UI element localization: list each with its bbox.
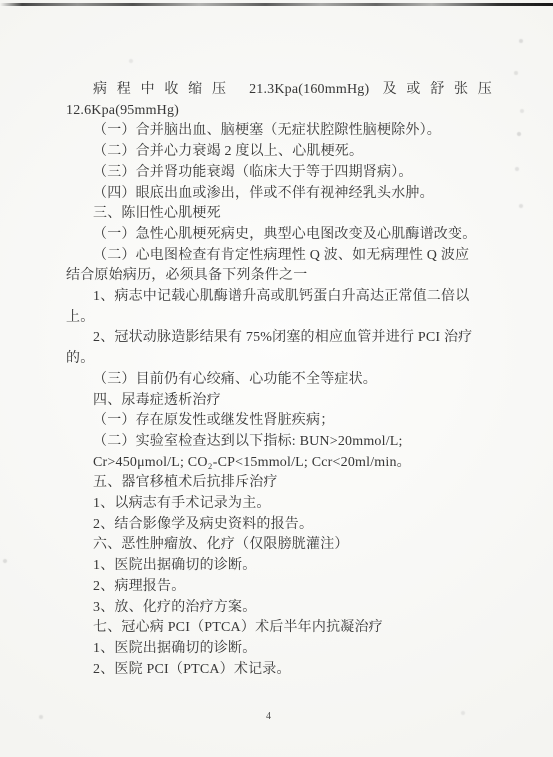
text-line: 2、病理报告。	[66, 577, 492, 598]
text-line: （二）合并心力衰竭 2 度以上、心肌梗死。	[66, 142, 492, 163]
text-line: （三）目前仍有心绞痛、心功能不全等症状。	[66, 370, 492, 391]
text-line: 2、医院 PCI（PTCA）术记录。	[66, 660, 492, 681]
text-line: （一）合并脑出血、脑梗塞（无症状腔隙性脑梗除外）。	[66, 121, 492, 142]
scanned-document-page: 病程中收缩压 21.3Kpa(160mmHg) 及或舒张压 12.6Kpa(95…	[0, 0, 553, 757]
text-line: 2、冠状动脉造影结果有 75%闭塞的相应血管并进行 PCI 治疗	[66, 328, 492, 349]
text-line: 2、结合影像学及病史资料的报告。	[66, 515, 492, 536]
text-line: 3、放、化疗的治疗方案。	[66, 598, 492, 619]
section-heading: 六、恶性肿瘤放、化疗（仅限膀胱灌注）	[66, 535, 492, 556]
text-line: 的。	[66, 349, 492, 370]
text-line: 12.6Kpa(95mmHg)	[66, 101, 492, 122]
text-line: （四）眼底出血或渗出，伴或不伴有视神经乳头水肿。	[66, 184, 492, 205]
text-line: （一）急性心肌梗死病史，典型心电图改变及心肌酶谱改变。	[66, 225, 492, 246]
section-heading: 四、尿毒症透析治疗	[66, 391, 492, 412]
text-line: 1、以病志有手术记录为主。	[66, 494, 492, 515]
text-line: 结合原始病历，必须具备下列条件之一	[66, 266, 492, 287]
text-line: 1、医院出据确切的诊断。	[66, 556, 492, 577]
text-line: 1、医院出据确切的诊断。	[66, 639, 492, 660]
page-number: 4	[0, 711, 537, 722]
scan-speckles	[0, 0, 2, 2]
document-body-text: 病程中收缩压 21.3Kpa(160mmHg) 及或舒张压 12.6Kpa(95…	[66, 80, 492, 680]
section-heading: 三、陈旧性心肌梗死	[66, 204, 492, 225]
text-line: Cr>450μmol/L; CO₂-CP<15mmol/L; Ccr<20ml/…	[66, 453, 492, 474]
scan-edge-line	[0, 3, 553, 6]
text-line: 病程中收缩压 21.3Kpa(160mmHg) 及或舒张压	[66, 80, 492, 101]
text-line: 1、病志中记载心肌酶谱升高或肌钙蛋白升高达正常值二倍以	[66, 287, 492, 308]
section-heading: 五、器官移植术后抗排斥治疗	[66, 473, 492, 494]
text-line: （二）心电图检查有肯定性病理性 Q 波、如无病理性 Q 波应	[66, 246, 492, 267]
text-line: （二）实验室检查达到以下指标: BUN>20mmol/L;	[66, 432, 492, 453]
text-line: （一）存在原发性或继发性肾脏疾病；	[66, 411, 492, 432]
text-line: （三）合并肾功能衰竭（临床大于等于四期肾病）。	[66, 163, 492, 184]
section-heading: 七、冠心病 PCI（PTCA）术后半年内抗凝治疗	[66, 618, 492, 639]
text-line: 上。	[66, 308, 492, 329]
